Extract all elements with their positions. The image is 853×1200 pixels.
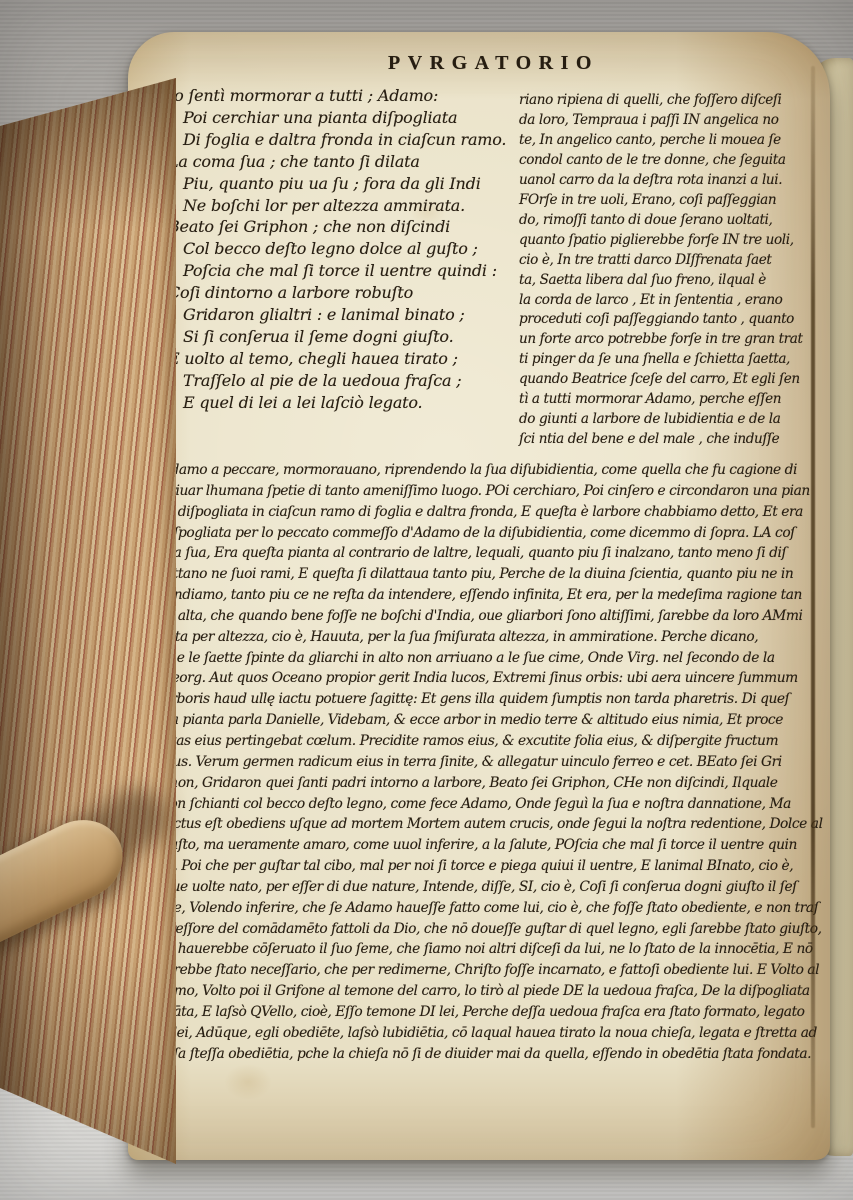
sprinkled-page-edges	[0, 78, 176, 1164]
commentary-block-line: ta diſpogliata in ciaſcun ramo di foglia…	[161, 502, 819, 523]
commentary-column-line: uanol carro da la deſtra rota inanzi a l…	[519, 171, 819, 191]
commentary-block-line: eſſa ſteſſa obediētia, pche la chieſa nō…	[161, 1044, 819, 1065]
commentary-column-line: la corda de larco , Et in ſententia , er…	[519, 291, 819, 311]
poem-line: Coſi dintorno a larbore robuſto	[168, 282, 520, 304]
commentary-block-line: ritas eius pertingebat cœlum. Precidite …	[161, 731, 819, 752]
poem-line: Col becco deſto legno dolce al guſto ;	[168, 238, 520, 260]
commentary-block-line: et hauerebbe cōſeruato il ſuo ſeme, che …	[161, 939, 819, 960]
commentary-block-line: ſta pianta parla Danielle, Videbam, & ec…	[161, 710, 819, 731]
commentary-column-line: ſci ntia del bene e del male , che induſ…	[519, 430, 819, 450]
poem-line: Piu, quanto piu ua ſu ; fora da gli Indi	[168, 173, 520, 195]
poem-line: Gridaron glialtri : e lanimal binato ;	[168, 304, 520, 326]
poem-line: E uolto al temo, chegli hauea tirato ;	[168, 348, 520, 370]
book-page: PVRGATORIO Io ſentì mormorar a tutti ; A…	[128, 32, 830, 1160]
poem-line: Io ſentì mormorar a tutti ; Adamo:	[168, 85, 520, 107]
photo-of-open-book: PVRGATORIO Io ſentì mormorar a tutti ; A…	[0, 0, 853, 1200]
commentary-block-line: to alta, che quando bene foſſe ne boſchi…	[161, 606, 819, 627]
poem-line: Poi cerchiar una pianta diſpogliata	[168, 107, 520, 129]
commentary-column-line: quando Beatrice ſceſe del carro, Et egli…	[519, 370, 819, 390]
gutter-crease	[811, 66, 815, 1128]
commentary-block-line: temo, Volto poi il Grifone al temone del…	[161, 981, 819, 1002]
commentary-block-line: a lei, Adūque, egli obediēte, laſsò lubi…	[161, 1023, 819, 1044]
poem-column: Io ſentì mormorar a tutti ; Adamo:Poi ce…	[168, 85, 520, 414]
poem-line: Traſſelo al pie de la uedoua fraſca ;	[168, 370, 520, 392]
commentary-column-line: riano ripiena di quelli, che foſſero diſ…	[519, 91, 819, 111]
commentary-column-line: un forte arco potrebbe forſe in tre gran…	[519, 330, 819, 350]
commentary-column-line: da loro, Tempraua i paſſi IN angelica no	[519, 111, 819, 131]
commentary-block-line: priuar lhumana ſpetie di tanto ameniſſim…	[161, 481, 819, 502]
running-header: PVRGATORIO	[388, 52, 628, 75]
commentary-column-line: te, In angelico canto, perche li mouea ſ…	[519, 131, 819, 151]
commentary-column-line: do, rimoſſi tanto di doue ſerano uoltati…	[519, 211, 819, 231]
commentary-column-line: FOrſe in tre uoli, Erano, coſi paſſeggia…	[519, 191, 819, 211]
poem-line: Ne boſchi lor per altezza ammirata.	[168, 195, 520, 217]
commentary-block-line: Adamo a peccare, mormorauano, riprendend…	[161, 460, 819, 481]
poem-line: Beato ſei Griphon ; che non diſcindi	[168, 216, 520, 238]
commentary-block-line: Georg. Aut quos Oceano propior gerit Ind…	[161, 668, 819, 689]
commentary-block-line: diſpogliata per lo peccato commeſſo d'Ad…	[161, 523, 819, 544]
commentary-column-line: quanto ſpatio piglierebbe forſe IN tre u…	[519, 231, 819, 251]
commentary-block-line: non ſchianti col becco deſto legno, come…	[161, 794, 819, 815]
commentary-block-line: tendiamo, tanto piu ce ne reſta da inten…	[161, 585, 819, 606]
commentary-column-line: proceduti coſi paſſeggiando tanto , quan…	[519, 310, 819, 330]
commentary-column-line: condol canto de le tre donne, che ſeguit…	[519, 151, 819, 171]
commentary-block-line: di, Poi che per guſtar tal cibo, mal per…	[161, 856, 819, 877]
commentary-block-line: piāta, E laſsò QVello, cioè, Eſſo temone…	[161, 1002, 819, 1023]
commentary-column: riano ripiena di quelli, che foſſero diſ…	[519, 91, 819, 450]
commentary-block-line: eius. Verum germen radicum eius in terra…	[161, 752, 819, 773]
commentary-column-line: do giunti a larbore de lubidientia e de …	[519, 410, 819, 430]
commentary-block-line: Due uolte nato, per eſſer di due nature,…	[161, 877, 819, 898]
commentary-block-line: greſſore del comādamēto fattoli da Dio, …	[161, 919, 819, 940]
commentary-block-line: che le ſaette ſpinte da gliarchi in alto…	[161, 648, 819, 669]
commentary-block-line: lattano ne ſuoi rami, E queſta ſi dilatt…	[161, 564, 819, 585]
poem-line: E quel di lei a lei laſciò legato.	[168, 392, 520, 414]
commentary-column-line: ti pinger da ſe una ſnella e ſchietta ſa…	[519, 350, 819, 370]
commentary-block-line: rata per altezza, cio è, Hauuta, per la …	[161, 627, 819, 648]
commentary-block-line: Arboris haud ullę iactu potuere ſagittę:…	[161, 689, 819, 710]
commentary-column-line: cio è, In tre tratti darco DIſfrenata ſa…	[519, 251, 819, 271]
commentary-block-line: phon, Gridaron quei ſanti padri intorno …	[161, 773, 819, 794]
poem-line: Si ſi conſerua il ſeme dogni giuſto.	[168, 326, 520, 348]
commentary-block-line: ma ſua, Era queſta pianta al contrario d…	[161, 543, 819, 564]
poem-line: Di foglia e daltra fronda in ciaſcun ram…	[168, 129, 520, 151]
poem-line: La coma ſua ; che tanto ſi dilata	[168, 151, 520, 173]
commentary-block-line: me, Volendo inferire, che ſe Adamo haueſ…	[161, 898, 819, 919]
commentary-block: Adamo a peccare, mormorauano, riprendend…	[161, 460, 819, 1064]
commentary-block-line: guſto, ma ueramente amaro, come uuol inf…	[161, 835, 819, 856]
commentary-block-line: ſarebbe ſtato neceſſario, che per redime…	[161, 960, 819, 981]
commentary-column-line: tì a tutti mormorar Adamo, perche eſſen	[519, 390, 819, 410]
poem-line: Poſcia che mal ſi torce il uentre quindi…	[168, 260, 520, 282]
commentary-block-line: factus eſt obediens uſque ad mortem Mort…	[161, 814, 819, 835]
commentary-column-line: ta, Saetta libera dal ſuo freno, ilqual …	[519, 271, 819, 291]
